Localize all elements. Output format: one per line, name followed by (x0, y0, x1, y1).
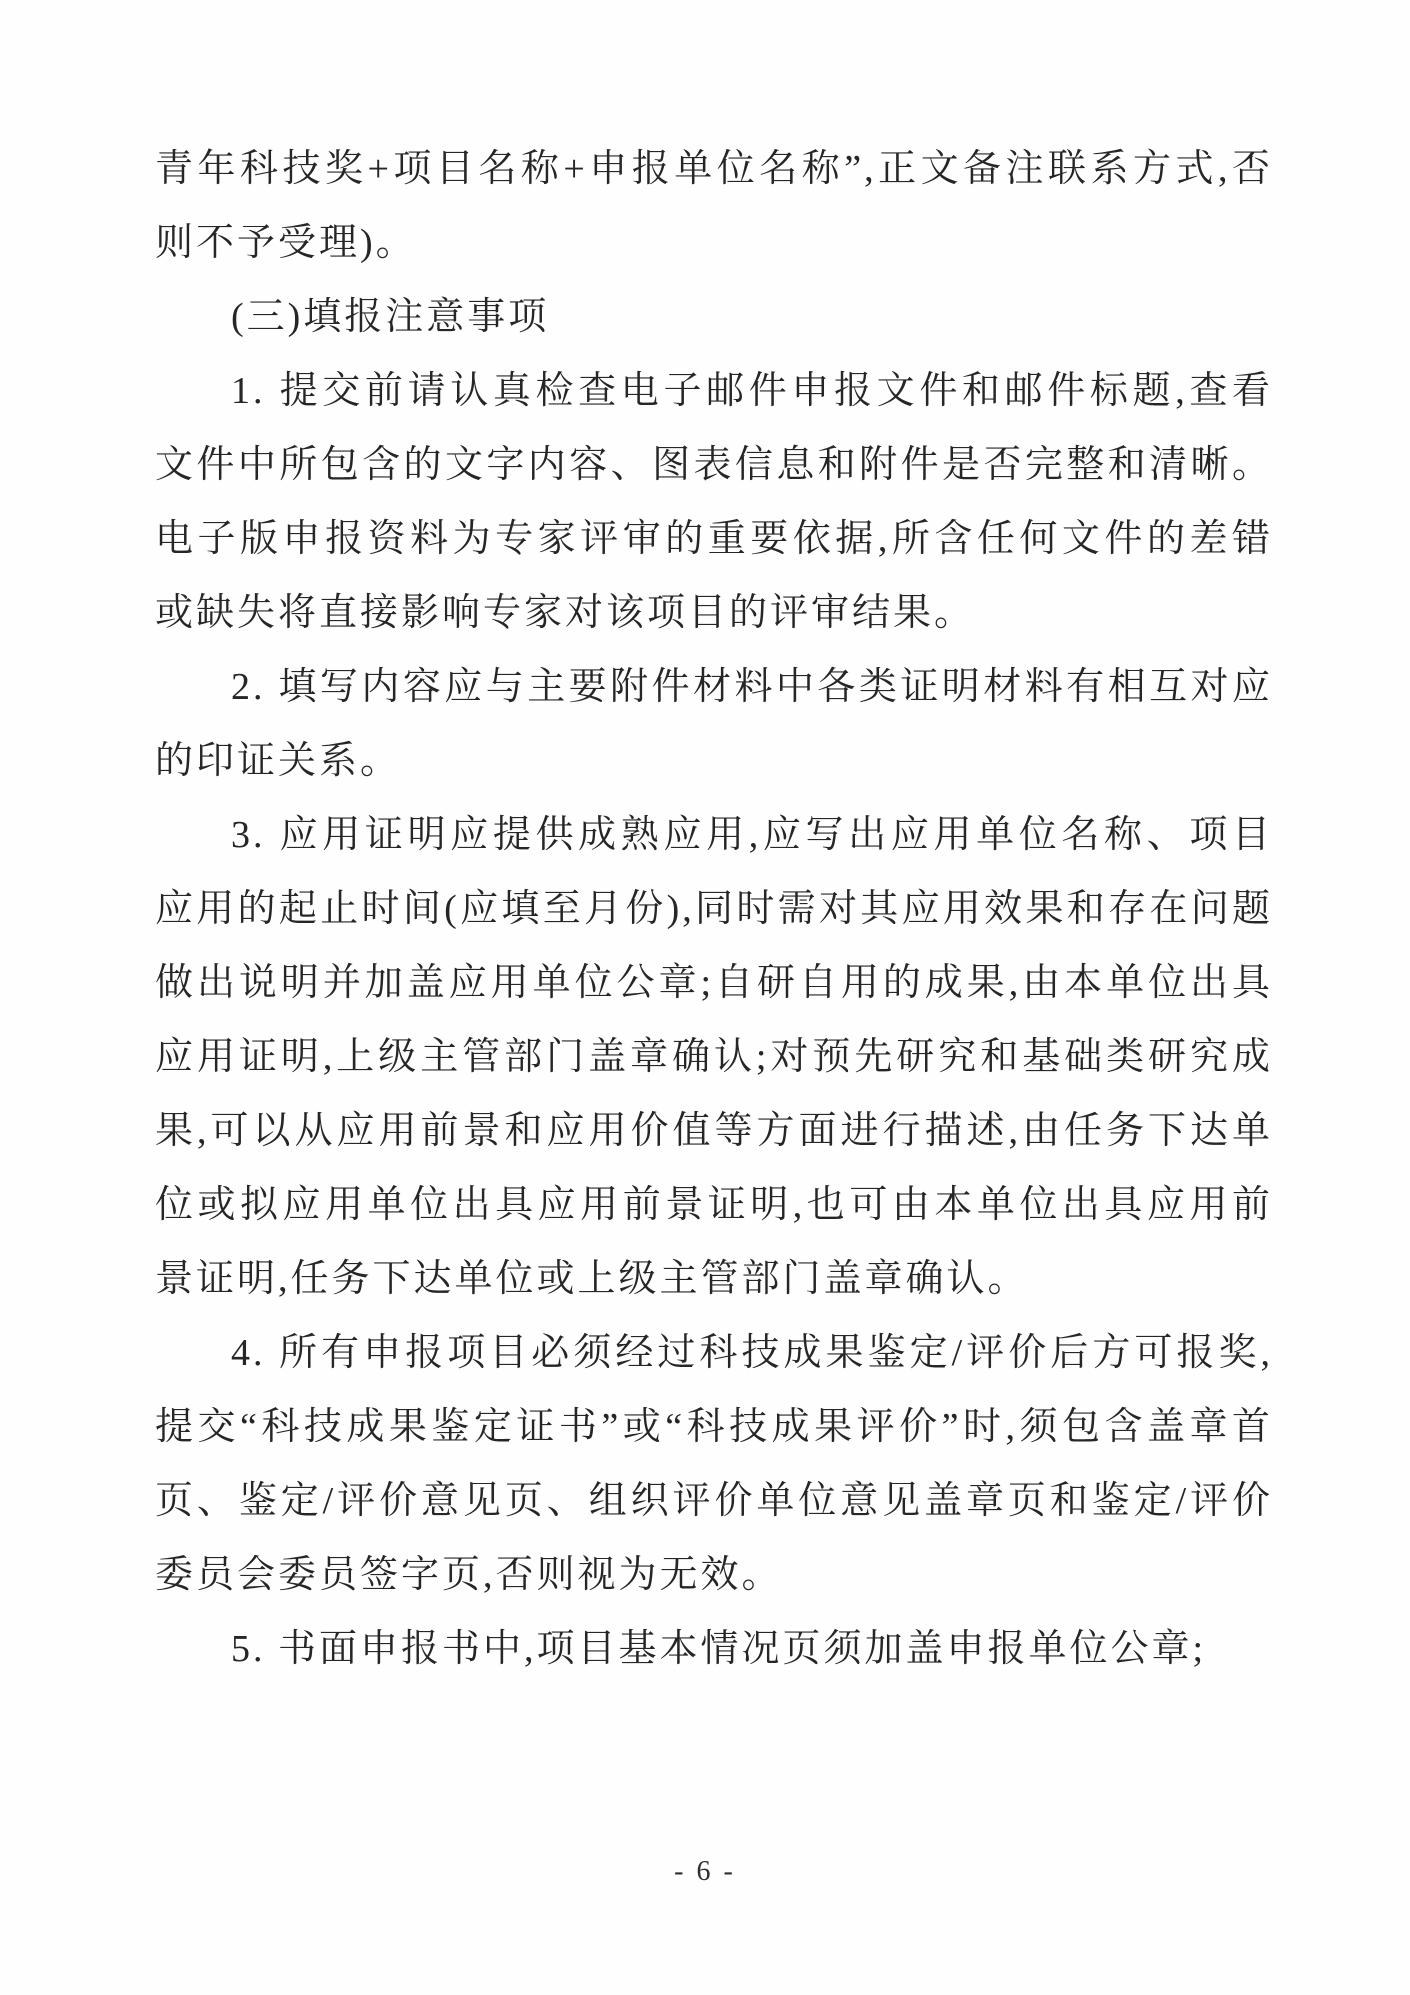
paragraph-continuation: 青年科技奖+项目名称+申报单位名称”,正文备注联系方式,否则不予受理)。 (155, 132, 1273, 280)
paragraph-item-1: 1. 提交前请认真检查电子邮件申报文件和邮件标题,查看文件中所包含的文字内容、图… (155, 354, 1273, 650)
document-body: 青年科技奖+项目名称+申报单位名称”,正文备注联系方式,否则不予受理)。 (三)… (155, 132, 1273, 1686)
document-page: 青年科技奖+项目名称+申报单位名称”,正文备注联系方式,否则不予受理)。 (三)… (0, 0, 1410, 1995)
paragraph-item-3: 3. 应用证明应提供成熟应用,应写出应用单位名称、项目应用的起止时间(应填至月份… (155, 798, 1273, 1316)
page-number: - 6 - (0, 1856, 1410, 1888)
paragraph-item-5: 5. 书面申报书中,项目基本情况页须加盖申报单位公章; (155, 1612, 1273, 1686)
paragraph-item-2: 2. 填写内容应与主要附件材料中各类证明材料有相互对应的印证关系。 (155, 650, 1273, 798)
paragraph-item-4: 4. 所有申报项目必须经过科技成果鉴定/评价后方可报奖,提交“科技成果鉴定证书”… (155, 1316, 1273, 1612)
section-heading-3: (三)填报注意事项 (155, 280, 1273, 354)
